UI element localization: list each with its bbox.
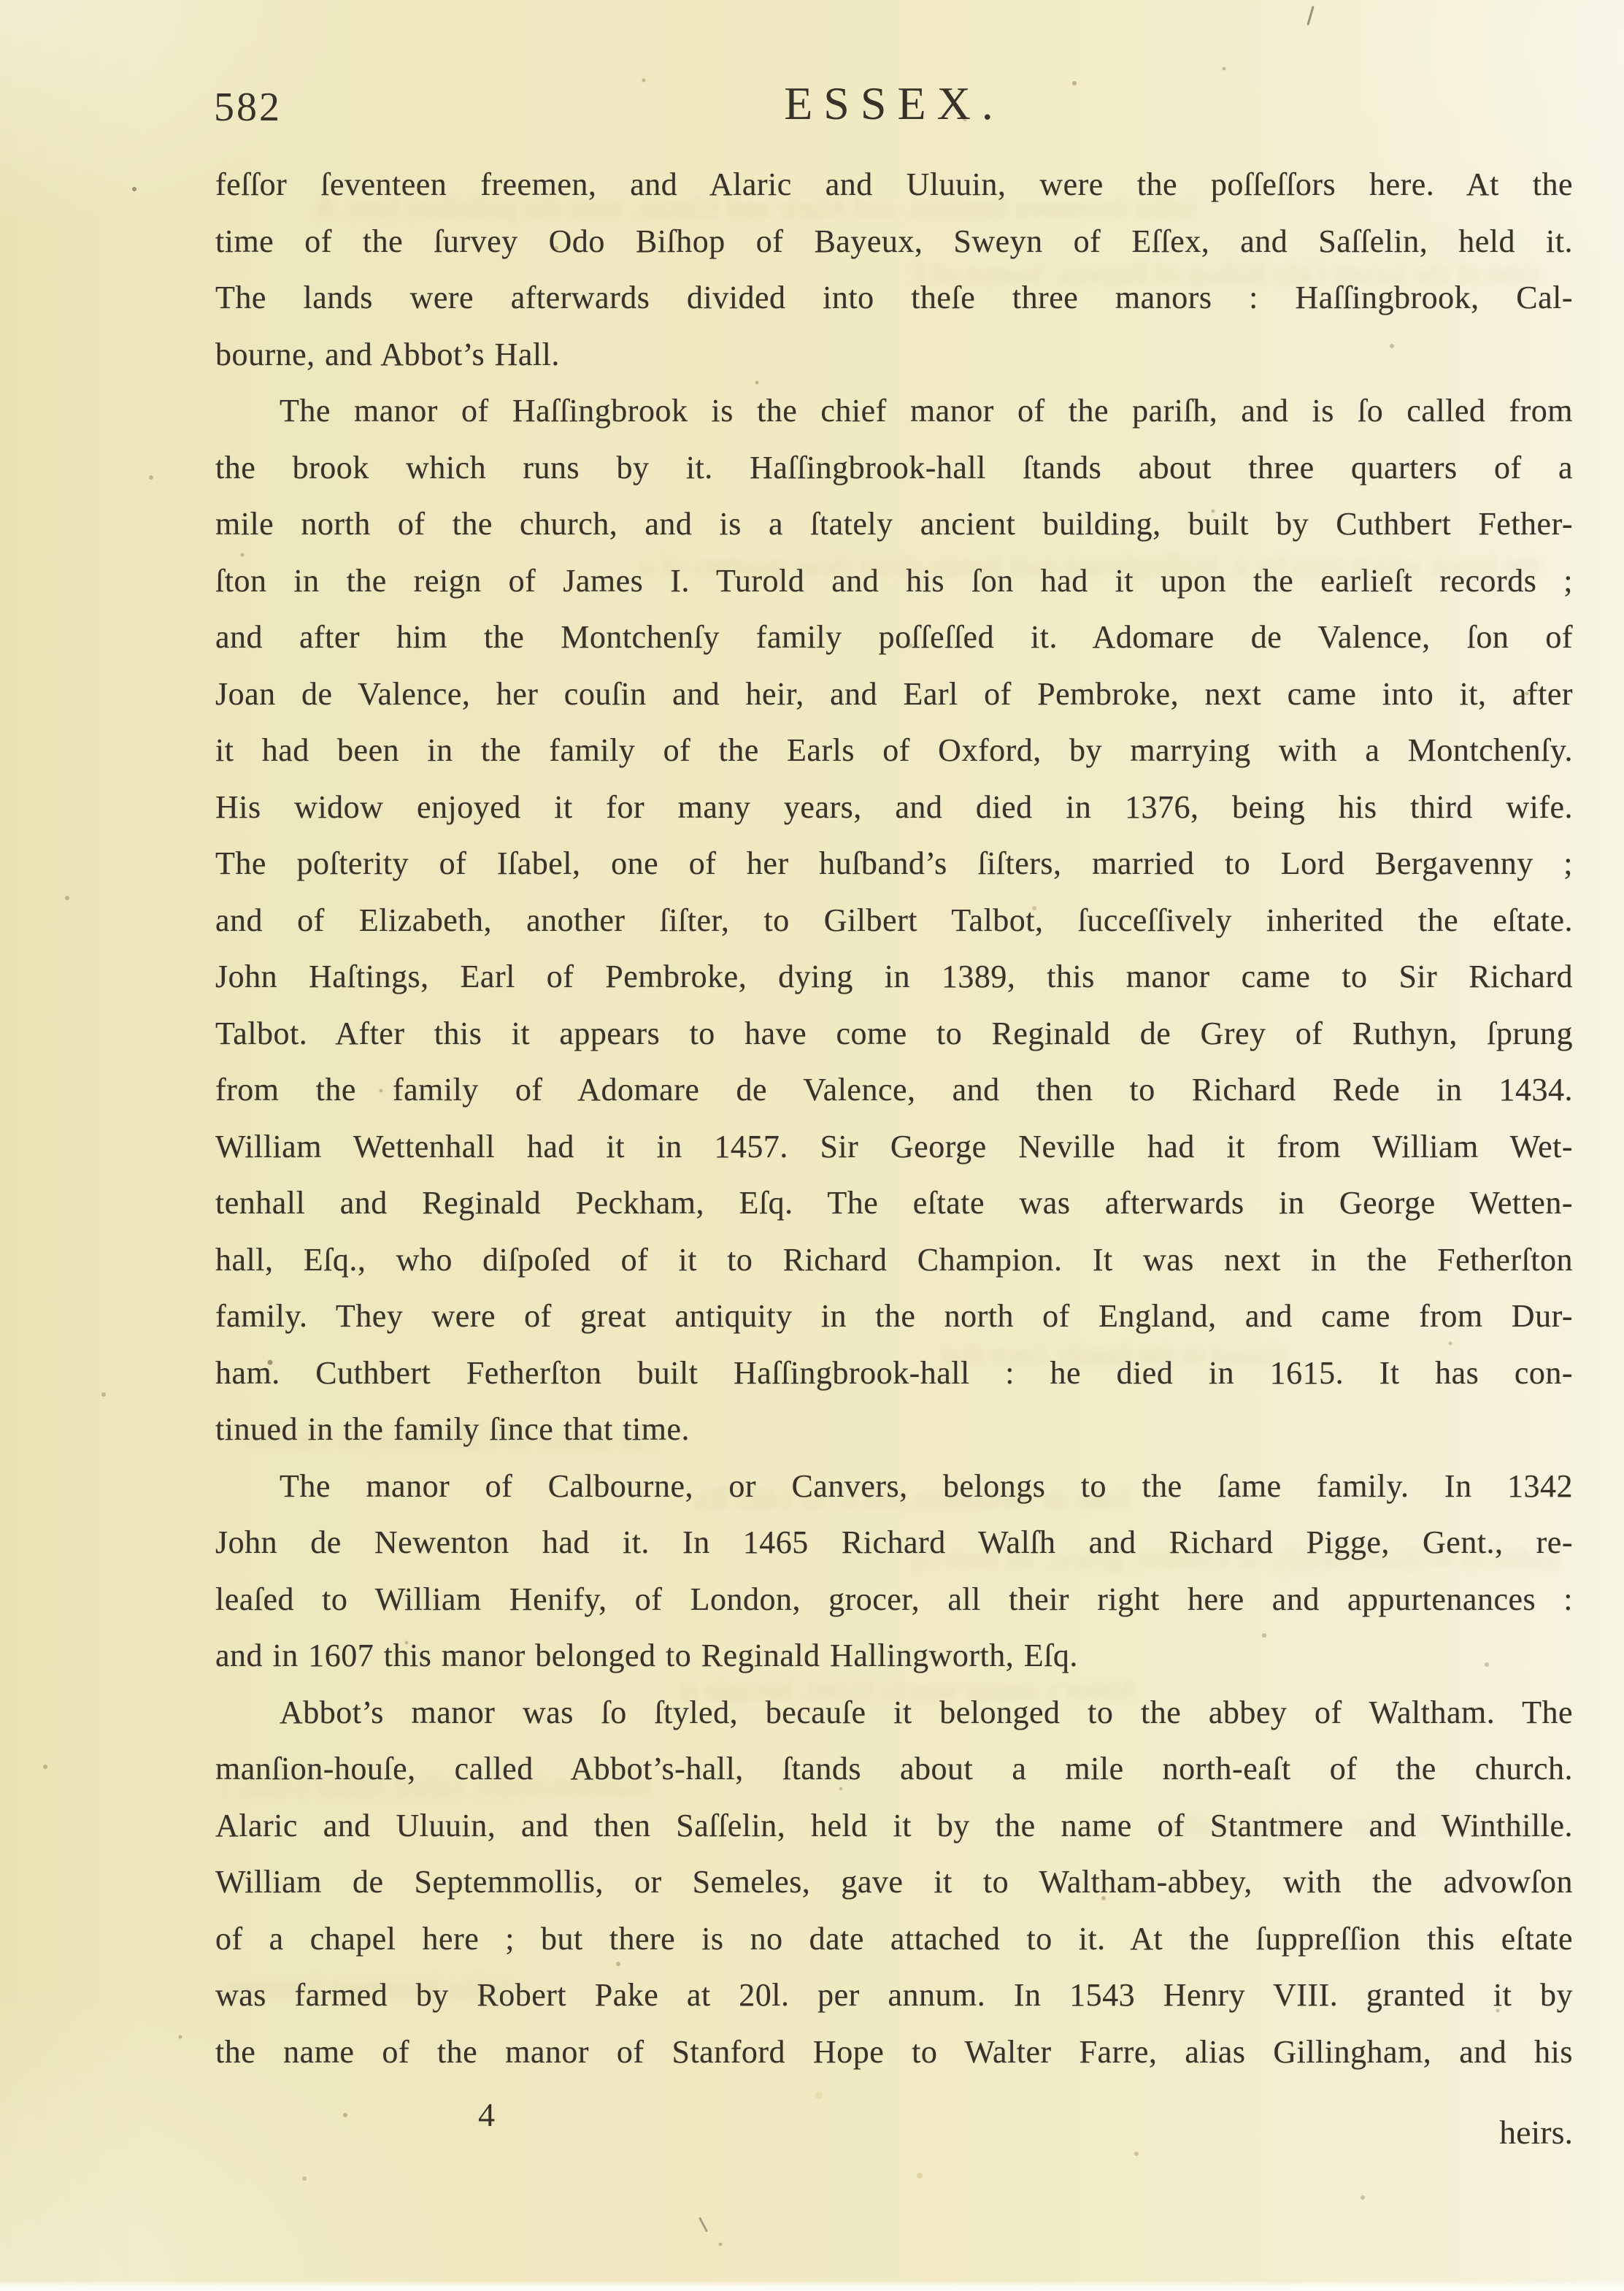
text-line: Joan de Valence, her couſin and heir, an… <box>215 666 1573 723</box>
text-line: bourne, and Abbot’s Hall. <box>215 326 1573 383</box>
text-line: His widow enjoyed it for many years, and… <box>215 779 1573 836</box>
text-line: The manor of Haſſingbrook is the chief m… <box>215 383 1573 440</box>
text-line: feſſor ſeventeen freemen, and Alaric and… <box>215 156 1573 213</box>
text-line: John Haſtings, Earl of Pembroke, dying i… <box>215 948 1573 1005</box>
text-line: and in 1607 this manor belonged to Regin… <box>215 1627 1573 1684</box>
text-line: and after him the Montchenſy family poſſ… <box>215 609 1573 666</box>
text-line: William Wettenhall had it in 1457. Sir G… <box>215 1118 1573 1175</box>
text-line: John de Newenton had it. In 1465 Richard… <box>215 1514 1573 1571</box>
text-line: ham. Cuthbert Fetherſton built Haſſingbr… <box>215 1345 1573 1402</box>
text-line: was farmed by Robert Pake at 20l. per an… <box>215 1967 1573 2024</box>
running-header: ESSEX. <box>215 76 1573 131</box>
text-line: tenhall and Reginald Peckham, Eſq. The e… <box>215 1175 1573 1232</box>
text-line: the name of the manor of Stanford Hope t… <box>215 2024 1573 2081</box>
catchword: heirs. <box>215 2104 1573 2160</box>
text-line: time of the ſurvey Odo Biſhop of Bayeux,… <box>215 213 1573 270</box>
text-line: Alaric and Uluuin, and then Saſſelin, he… <box>215 1797 1573 1854</box>
text-block: feſſor ſeventeen freemen, and Alaric and… <box>215 156 1573 2080</box>
scan-edge <box>0 2282 1624 2291</box>
paper-specks <box>0 0 3 3</box>
text-line: of a chapel here ; but there is no date … <box>215 1911 1573 1968</box>
text-line: leaſed to William Henify, of London, gro… <box>215 1571 1573 1628</box>
text-line: mile north of the church, and is a ſtate… <box>215 496 1573 553</box>
text-line: from the family of Adomare de Valence, a… <box>215 1062 1573 1118</box>
text-line: it had been in the family of the Earls o… <box>215 722 1573 779</box>
text-line: tinued in the family ſince that time. <box>215 1401 1573 1458</box>
text-line: The lands were afterwards divided into t… <box>215 269 1573 326</box>
text-line: Talbot. After this it appears to have co… <box>215 1005 1573 1062</box>
text-line: The manor of Calbourne, or Canvers, belo… <box>215 1458 1573 1515</box>
text-line: family. They were of great antiquity in … <box>215 1288 1573 1345</box>
stray-ink-mark <box>1306 6 1314 26</box>
text-line: and of Elizabeth, another ſiſter, to Gil… <box>215 892 1573 949</box>
text-line: hall, Eſq., who diſpoſed of it to Richar… <box>215 1232 1573 1289</box>
book-page: feſſor ſeventeen freemen, and Alaric and… <box>0 0 1624 2291</box>
text-line: William de Septemmollis, or Semeles, gav… <box>215 1854 1573 1911</box>
text-line: The poſterity of Iſabel, one of her huſb… <box>215 835 1573 892</box>
text-line: the brook which runs by it. Haſſingbrook… <box>215 440 1573 496</box>
text-line: manſion-houſe, called Abbot’s-hall, ſtan… <box>215 1741 1573 1797</box>
stray-ink-mark <box>699 2217 708 2233</box>
text-line: ſton in the reign of James I. Turold and… <box>215 553 1573 610</box>
text-line: Abbot’s manor was ſo ſtyled, becauſe it … <box>215 1684 1573 1741</box>
